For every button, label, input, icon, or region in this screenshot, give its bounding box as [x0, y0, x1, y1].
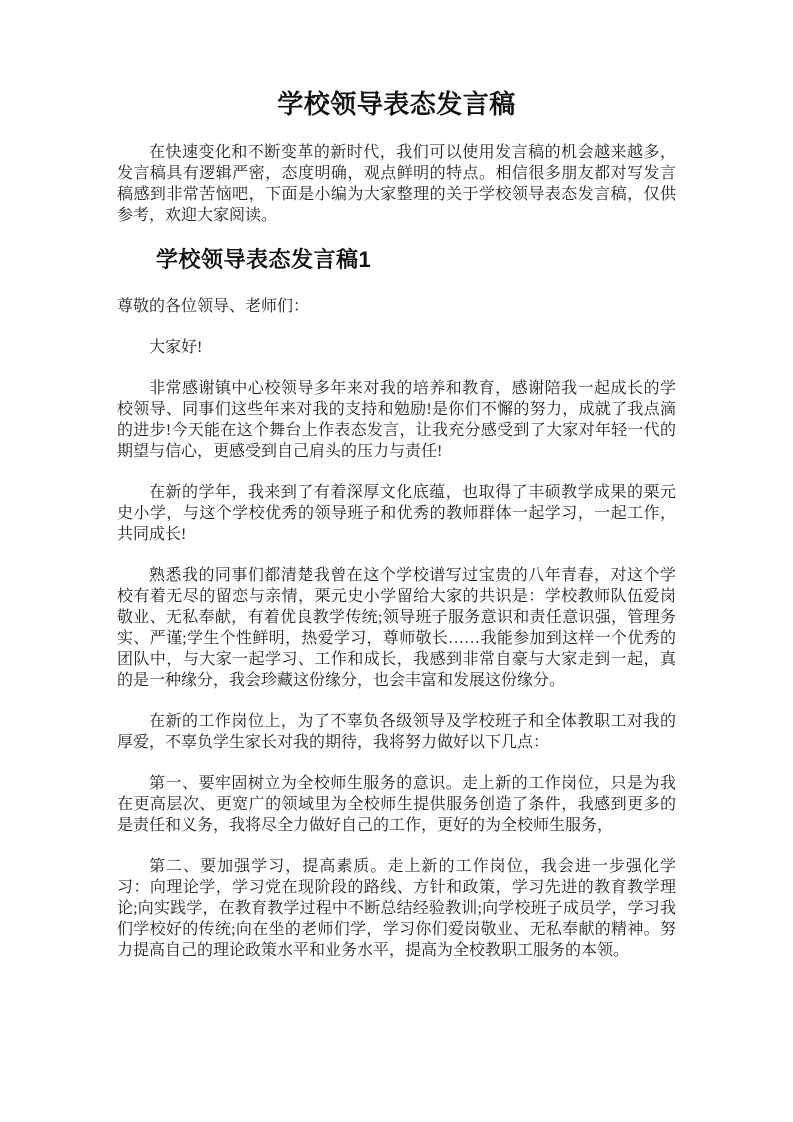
document-body: 在快速变化和不断变革的新时代，我们可以使用发言稿的机会越来越多，发言稿具有逻辑严… — [117, 142, 676, 961]
body-paragraph: 非常感谢镇中心校领导多年来对我的培养和教育，感谢陪我一起成长的学校领导、同事们这… — [117, 378, 676, 462]
body-paragraph: 第一、要牢固树立为全校师生服务的意识。走上新的工作岗位，只是为我在更高层次、更宽… — [117, 773, 676, 836]
body-paragraph: 在新的学年，我来到了有着深厚文化底蕴，也取得了丰硕教学成果的栗元史小学，与这个学… — [117, 482, 676, 545]
section-heading: 学校领导表态发言稿1 — [117, 246, 676, 274]
intro-paragraph: 在快速变化和不断变革的新时代，我们可以使用发言稿的机会越来越多，发言稿具有逻辑严… — [117, 142, 676, 226]
body-paragraph: 在新的工作岗位上，为了不辜负各级领导及学校班子和全体教职工对我的厚爱，不辜负学生… — [117, 711, 676, 753]
document-page: { "page": { "background_color": "#ffffff… — [0, 0, 793, 1122]
body-paragraph: 大家好! — [117, 337, 676, 358]
page: 学校领导表态发言稿 在快速变化和不断变革的新时代，我们可以使用发言稿的机会越来越… — [0, 0, 793, 1122]
body-paragraph: 第二、要加强学习，提高素质。走上新的工作岗位，我会进一步强化学习：向理论学，学习… — [117, 856, 676, 961]
salutation: 尊敬的各位领导、老师们： — [117, 296, 676, 317]
body-paragraph: 熟悉我的同事们都清楚我曾在这个学校谱写过宝贵的八年青春，对这个学校有着无尽的留恋… — [117, 565, 676, 691]
document-title: 学校领导表态发言稿 — [117, 88, 676, 120]
